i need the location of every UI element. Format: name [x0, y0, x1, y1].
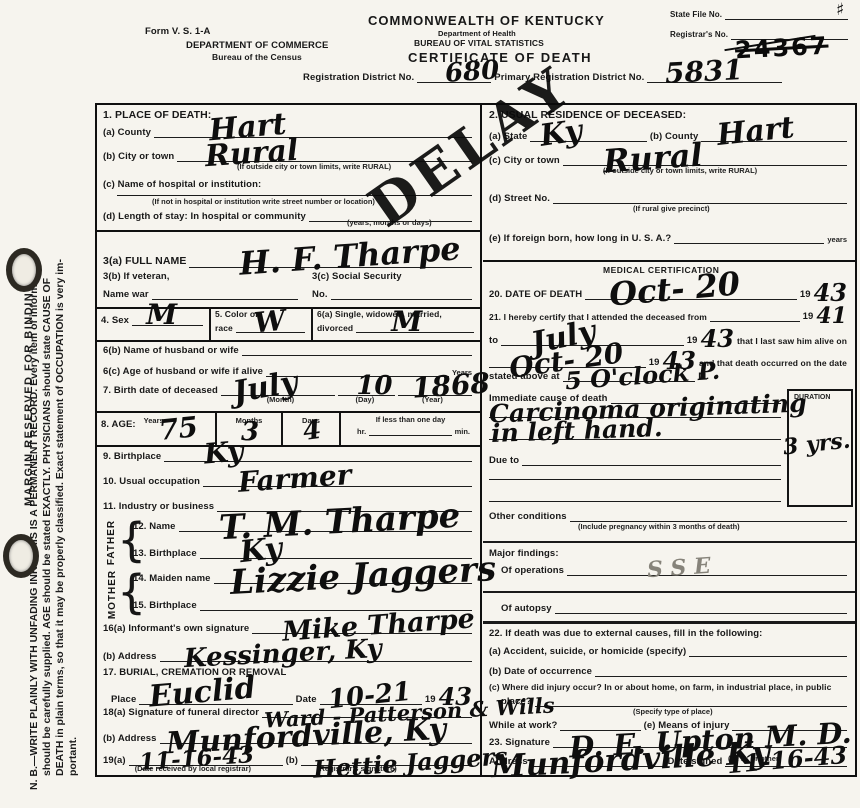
punch-hole-bottom [3, 534, 39, 578]
autopsy-row: Of autopsy [501, 603, 847, 614]
certify-year2-prefix: 19 [687, 335, 698, 346]
age-hr-line [369, 431, 451, 436]
husband-wife-label: 6(b) Name of husband or wife [103, 345, 239, 356]
veteran-war-row: Name war [103, 289, 298, 300]
right-column: 2. USUAL RESIDENCE OF DECEASED: (a) Stat… [483, 105, 855, 775]
bureau-vital-statistics: BUREAU OF VITAL STATISTICS [414, 38, 544, 48]
reg-district-value: 680 [444, 58, 500, 88]
state-file-label: State File No. [670, 10, 722, 20]
sex-color-marital-section: 4. Sex M 5. Color or race W 6(a) Single,… [97, 307, 480, 342]
certify-text-2: that I last saw him alive on [737, 336, 847, 346]
date-of-death-line: Oct- 20 [585, 295, 797, 300]
cause-line2-rule: in left hand. [489, 435, 781, 440]
burial-place-line: Euclid [139, 700, 292, 705]
marital-label-1: 6(a) Single, widowed, married, [317, 309, 442, 319]
date-of-death-label: 20. DATE OF DEATH [489, 289, 582, 300]
external-causes-title: 22. If death was due to external causes,… [489, 628, 762, 639]
operations-line: S S E [567, 571, 847, 576]
state-file-row: State File No. [670, 10, 848, 20]
registrar-sig-label: (b) [286, 755, 298, 766]
date-of-death-year: 43 [814, 281, 847, 305]
informant-signature-row: 16(a) Informant's own signature Mike Tha… [103, 623, 472, 634]
occurrence-date-row: (b) Date of occurrence [489, 666, 847, 677]
operations-autopsy-divider [483, 591, 855, 593]
residence-county-line: Hart [701, 137, 847, 142]
residence-street-note: (If rural give precinct) [633, 205, 710, 213]
age-label: 8. AGE: [101, 419, 136, 430]
other-conditions-row: Other conditions [489, 511, 847, 522]
received-line: 11-16-43 (Date received by local registr… [129, 761, 283, 766]
birthplace-value: Ky [203, 438, 245, 469]
color-line: W [236, 328, 305, 333]
certify-time-line: 5 O'clock P. [563, 377, 696, 382]
external-causes-divider [483, 621, 855, 624]
corner-mark: ♯ [836, 2, 844, 19]
city-value: Rural [204, 136, 299, 172]
operations-value: S S E [646, 555, 711, 581]
residence-city-value: Rural [602, 139, 704, 178]
husband-wife-row: 6(b) Name of husband or wife [103, 345, 472, 356]
primary-district-line: 5831 [647, 78, 782, 83]
father-name-line: T. M. Tharpe [179, 527, 472, 532]
hospital-label: (c) Name of hospital or institution: [103, 179, 261, 190]
margin-note-block: N. B.—WRITE PLAINLY WITH UNFADING INK—TH… [28, 20, 82, 790]
date-of-death-year-prefix: 19 [800, 289, 811, 300]
form-number: Form V. S. 1-A [145, 26, 210, 37]
marital-label-2: divorced [317, 323, 353, 333]
reg-district-line: 680 [417, 78, 491, 83]
certify-year1: 41 [816, 305, 847, 327]
sex-row: 4. Sex M [101, 315, 203, 326]
husband-wife-line [242, 351, 472, 356]
bureau-census: Bureau of the Census [212, 52, 302, 62]
certify-text-3: and that death occurred on the date [699, 358, 847, 368]
veteran-label: 3(b) If veteran, [103, 271, 170, 282]
age-years-value: 75 [158, 413, 200, 445]
age-min-label: min. [455, 428, 470, 436]
occurrence-date-line [595, 672, 847, 677]
funeral-address-label: (b) Address [103, 733, 157, 744]
occupation-value: Farmer [237, 461, 352, 497]
date-signed-line: 11-16-43 [725, 762, 847, 767]
operations-row: Of operations S S E [501, 565, 847, 576]
industry-label: 11. Industry or business [103, 501, 214, 512]
duration-value: 3 yrs. [782, 430, 851, 459]
accident-label: (a) Accident, suicide, or homicide (spec… [489, 646, 686, 657]
residence-county-value: Hart [716, 113, 796, 151]
commonwealth-title: COMMONWEALTH OF KENTUCKY [368, 13, 605, 29]
ssn-number-line [331, 295, 472, 300]
residence-street-row: (d) Street No. [489, 193, 847, 204]
sex-line: M [132, 321, 203, 326]
occupation-label: 10. Usual occupation [103, 476, 200, 487]
burial-place-label: Place [111, 694, 136, 705]
sex-value: M [146, 301, 177, 329]
residence-city-row: (c) City or town Rural [489, 155, 847, 166]
state-file-line [725, 15, 848, 20]
age-years-cell: 8. AGE: Years 75 [97, 413, 217, 445]
certify-year1-prefix: 19 [803, 311, 814, 322]
certificate-title: CERTIFICATE OF DEATH [408, 50, 592, 66]
color-row: race W [215, 323, 305, 333]
reg-district-label: Registration District No. [303, 72, 414, 83]
father-name-row: 12. Name T. M. Tharpe [133, 521, 472, 532]
informant-address-label: (b) Address [103, 651, 157, 662]
received-label: 19(a) [103, 755, 126, 766]
certify-year2: 43 [701, 327, 734, 351]
cause-line-2: in left hand. [489, 435, 781, 440]
birth-year-value: 1868 [412, 370, 492, 403]
physician-address-row: Address Munfordville Ky Date signed 11-1… [489, 756, 847, 767]
marital-value: M [391, 308, 422, 336]
due-to-label: Due to [489, 455, 519, 466]
age-less-cell: If less than one day hr. min. [341, 413, 480, 445]
hospital-note: (If not in hospital or institution write… [152, 198, 375, 206]
registrar-label: Registrar's No. [670, 30, 728, 40]
operations-label: Of operations [501, 565, 564, 576]
dept-commerce: DEPARTMENT OF COMMERCE [186, 40, 328, 51]
margin-note-line3: DEATH in plain terms, so that it may be … [54, 20, 67, 790]
certify-to-label: to [489, 335, 498, 346]
accident-line [689, 652, 847, 657]
mother-maiden-line: Lizzie Jaggers [214, 579, 472, 584]
autopsy-label: Of autopsy [501, 603, 552, 614]
age-days-cell: Days 4 [283, 413, 341, 445]
other-conditions-label: Other conditions [489, 511, 567, 522]
margin-note-line4: portant. [67, 20, 80, 790]
color-value: W [253, 307, 287, 338]
major-findings-label: Major findings: [489, 548, 559, 559]
color-label-2: race [215, 323, 233, 333]
ssn-number-label: No. [312, 289, 328, 300]
physician-address-line: Munfordville Ky [531, 762, 665, 767]
age-section: 8. AGE: Years 75 Months 3 Days 4 If less… [97, 411, 480, 447]
date-of-death-row: 20. DATE OF DEATH Oct- 20 19 43 [489, 281, 847, 300]
informant-address-line: Kessinger, Ky [160, 657, 472, 662]
funeral-address-row: (b) Address Munfordville, Ky [103, 733, 472, 744]
informant-address-row: (b) Address Kessinger, Ky [103, 651, 472, 662]
informant-signature-line: Mike Tharpe [252, 629, 472, 634]
age-hr-label: hr. [357, 428, 366, 436]
birth-day-value: 10 [356, 373, 392, 399]
certificate-form: 1. PLACE OF DEATH: (a) County Hart (b) C… [95, 103, 857, 777]
city-label: (b) City or town [103, 151, 174, 162]
mother-birthplace-label: 15. Birthplace [133, 600, 197, 611]
father-birthplace-label: 13. Birthplace [133, 548, 197, 559]
marital-cell: 6(a) Single, widowed, married, divorced … [313, 307, 480, 340]
scanned-death-certificate: { "margin": { "binding_text": "MARGIN RE… [0, 0, 860, 808]
due-to-line [522, 461, 781, 466]
age-hr-min-row: hr. min. [357, 428, 470, 436]
burial-date-label: Date [296, 694, 317, 705]
mother-maiden-row: 14. Maiden name Lizzie Jaggers [133, 573, 472, 584]
accident-row: (a) Accident, suicide, or homicide (spec… [489, 646, 847, 657]
primary-district-value: 5831 [665, 56, 744, 88]
birthplace-row: 9. Birthplace Ky [103, 451, 472, 462]
informant-signature-label: 16(a) Informant's own signature [103, 623, 249, 634]
sex-cell: 4. Sex M [97, 307, 211, 340]
injury-place-note: (Specify type of place) [633, 708, 713, 716]
blank-rule-1 [489, 479, 781, 480]
other-conditions-note: (Include pregnancy within 3 months of de… [578, 523, 740, 531]
father-side-label: FATHER [106, 520, 117, 565]
sex-label: 4. Sex [101, 315, 129, 326]
birth-date-label: 7. Birth date of deceased [103, 385, 218, 396]
foreign-born-label: (e) If foreign born, how long in U. S. A… [489, 233, 671, 244]
foreign-born-line [674, 239, 824, 244]
registrar-sig-line: Hettie Jaggers (Registrar's signature) [301, 761, 472, 766]
county-label: (a) County [103, 127, 151, 138]
occupation-row: 10. Usual occupation Farmer [103, 476, 472, 487]
marital-row: divorced M [317, 323, 474, 333]
veteran-war-label: Name war [103, 289, 149, 300]
birth-year-line: 1868 (Year) [398, 391, 472, 396]
due-to-row: Due to [489, 455, 781, 466]
certify-line2: to July 19 43 that I last saw him alive … [489, 327, 847, 346]
birth-day-line: 10 (Day) [338, 391, 395, 396]
dept-health: Department of Health [438, 29, 516, 38]
foreign-born-row: (e) If foreign born, how long in U. S. A… [489, 233, 847, 244]
injury-where-label: (c) Where did injury occur? In or about … [489, 682, 831, 692]
date-signed-value: 11-16-43 [727, 743, 849, 777]
margin-note-line2: should be carefully supplied. AGE should… [41, 20, 54, 790]
mother-maiden-label: 14. Maiden name [133, 573, 211, 584]
ssn-number-row: No. [312, 289, 472, 300]
father-name-label: 12. Name [133, 521, 176, 532]
length-of-stay-label: (d) Length of stay: In hospital or commu… [103, 211, 306, 222]
foreign-born-units: years [827, 236, 847, 244]
cause-value-2: in left hand. [491, 415, 663, 446]
residence-street-label: (d) Street No. [489, 193, 550, 204]
occurrence-date-label: (b) Date of occurrence [489, 666, 592, 677]
marital-line: M [356, 328, 474, 333]
birth-date-row: 7. Birth date of deceased July (Month) 1… [103, 385, 472, 396]
age-days-value: 4 [301, 417, 323, 445]
major-findings-divider-top [483, 541, 855, 543]
autopsy-line [555, 609, 847, 614]
birth-month-line: July (Month) [221, 391, 335, 396]
registrar-received-row: 19(a) 11-16-43 (Date received by local r… [103, 755, 472, 766]
age-less-label: If less than one day [376, 416, 446, 424]
informant-address-value: Kessinger, Ky [183, 636, 382, 672]
certify-from-line [710, 317, 800, 322]
age-months-value: 3 [241, 419, 259, 445]
blank-rule-2 [489, 501, 781, 502]
color-cell: 5. Color or race W [211, 307, 313, 340]
at-work-label: While at work? [489, 720, 557, 731]
occupation-line: Farmer [203, 482, 472, 487]
birthplace-label: 9. Birthplace [103, 451, 161, 462]
certify-text-1: 21. I hereby certify that I attended the… [489, 312, 707, 322]
place-of-death-title: 1. PLACE OF DEATH: [103, 109, 211, 122]
punch-hole-top [6, 248, 42, 292]
certify-time-value: 5 O'clock P. [564, 359, 720, 394]
